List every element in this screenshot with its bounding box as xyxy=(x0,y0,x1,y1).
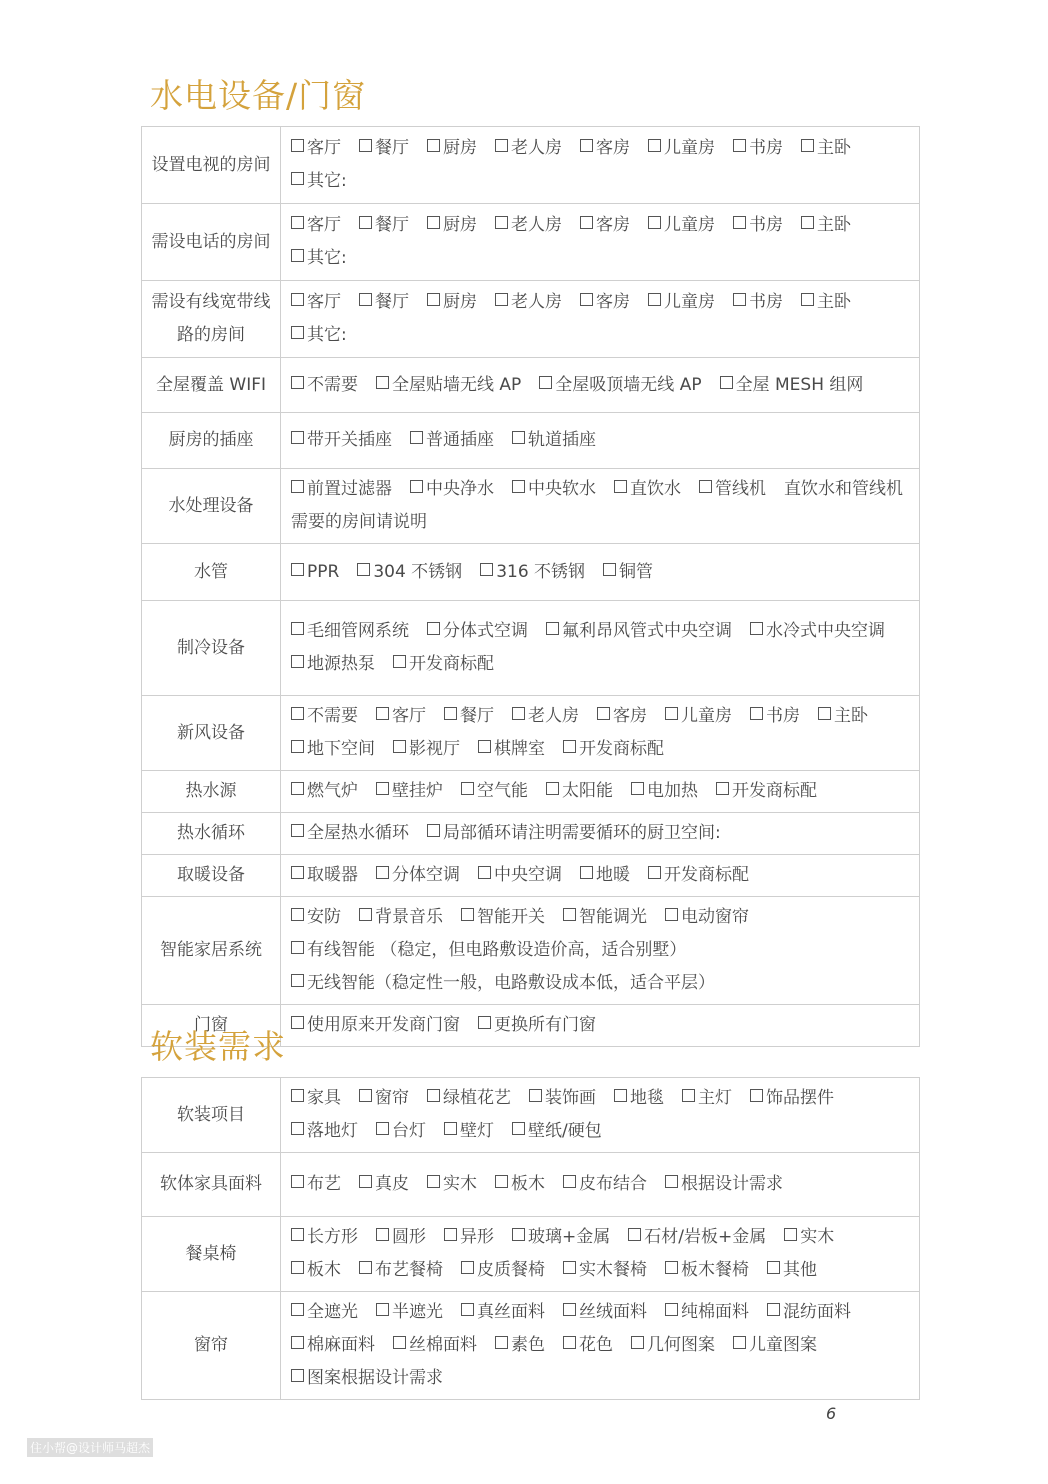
checkbox-icon[interactable] xyxy=(291,139,304,152)
checkbox-icon[interactable] xyxy=(291,480,304,493)
checkbox-icon[interactable] xyxy=(750,1089,763,1102)
checkbox-option[interactable]: 智能调光 xyxy=(563,901,647,934)
checkbox-icon[interactable] xyxy=(665,1303,678,1316)
checkbox-icon[interactable] xyxy=(461,1261,474,1274)
checkbox-option[interactable]: 老人房 xyxy=(495,286,562,319)
checkbox-icon[interactable] xyxy=(767,1261,780,1274)
checkbox-option[interactable]: 太阳能 xyxy=(546,775,613,808)
checkbox-icon[interactable] xyxy=(733,216,746,229)
row-label: 餐桌椅 xyxy=(142,1217,281,1292)
checkbox-option[interactable]: 地毯 xyxy=(614,1082,664,1115)
checkbox-icon[interactable] xyxy=(291,655,304,668)
checkbox-icon[interactable] xyxy=(614,1089,627,1102)
checkbox-option[interactable]: 主卧 xyxy=(801,132,851,165)
checkbox-option[interactable]: 分体空调 xyxy=(376,859,460,892)
option-label: 客厅 xyxy=(392,706,426,726)
checkbox-option[interactable]: 客房 xyxy=(597,700,647,733)
option-label: 局部循环请注明需要循环的厨卫空间: xyxy=(443,823,721,843)
option-line: 有线智能 （稳定，但电路敷设造价高，适合别墅） xyxy=(291,934,911,967)
option-label: 不需要 xyxy=(307,706,358,726)
checkbox-icon[interactable] xyxy=(580,139,593,152)
option-label: 饰品摆件 xyxy=(766,1088,834,1108)
checkbox-icon[interactable] xyxy=(291,1122,304,1135)
checkbox-option[interactable]: 分体式空调 xyxy=(427,615,528,648)
option-label: 纯棉面料 xyxy=(681,1302,749,1322)
checkbox-option[interactable]: 书房 xyxy=(733,209,783,242)
checkbox-icon[interactable] xyxy=(359,1261,372,1274)
checkbox-icon[interactable] xyxy=(427,139,440,152)
checkbox-icon[interactable] xyxy=(563,740,576,753)
checkbox-option[interactable]: 台灯 xyxy=(376,1115,426,1148)
checkbox-option[interactable]: 花色 xyxy=(563,1329,613,1362)
checkbox-option[interactable]: 带开关插座 xyxy=(291,424,392,457)
checkbox-icon[interactable] xyxy=(563,908,576,921)
checkbox-option[interactable]: 根据设计需求 xyxy=(665,1168,783,1201)
checkbox-option[interactable]: 中央软水 xyxy=(512,473,596,506)
checkbox-option[interactable]: 全屋热水循环 xyxy=(291,817,409,850)
table-row: 水管PPR304 不锈钢316 不锈钢铜管 xyxy=(142,544,920,601)
checkbox-option[interactable]: 壁纸/硬包 xyxy=(512,1115,602,1148)
checkbox-icon[interactable] xyxy=(648,139,661,152)
checkbox-icon[interactable] xyxy=(648,216,661,229)
checkbox-icon[interactable] xyxy=(359,1175,372,1188)
checkbox-option[interactable]: 其他 xyxy=(767,1254,817,1287)
checkbox-icon[interactable] xyxy=(648,293,661,306)
checkbox-icon[interactable] xyxy=(631,782,644,795)
checkbox-icon[interactable] xyxy=(291,1303,304,1316)
checkbox-option[interactable]: 家具 xyxy=(291,1082,341,1115)
checkbox-option[interactable]: 燃气炉 xyxy=(291,775,358,808)
checkbox-icon[interactable] xyxy=(291,782,304,795)
checkbox-option[interactable]: 丝棉面料 xyxy=(393,1329,477,1362)
checkbox-option[interactable]: 普通插座 xyxy=(410,424,494,457)
checkbox-icon[interactable] xyxy=(427,1175,440,1188)
checkbox-option[interactable]: 皮质餐椅 xyxy=(461,1254,545,1287)
checkbox-option[interactable]: 客房 xyxy=(580,132,630,165)
checkbox-option[interactable]: 儿童房 xyxy=(648,209,715,242)
checkbox-option[interactable]: 几何图案 xyxy=(631,1329,715,1362)
checkbox-icon[interactable] xyxy=(665,1175,678,1188)
checkbox-icon[interactable] xyxy=(291,974,304,987)
option-line: 取暖器分体空调中央空调地暖开发商标配 xyxy=(291,859,911,892)
checkbox-option[interactable]: 全遮光 xyxy=(291,1296,358,1329)
checkbox-option[interactable]: 影视厅 xyxy=(393,733,460,766)
checkbox-icon[interactable] xyxy=(291,1016,304,1029)
checkbox-option[interactable]: 素色 xyxy=(495,1329,545,1362)
checkbox-option[interactable]: 316 不锈钢 xyxy=(480,556,585,589)
checkbox-icon[interactable] xyxy=(818,707,831,720)
checkbox-option[interactable]: 儿童图案 xyxy=(733,1329,817,1362)
checkbox-option[interactable]: 水冷式中央空调 xyxy=(750,615,885,648)
checkbox-option[interactable]: 窗帘 xyxy=(359,1082,409,1115)
option-label: 客厅 xyxy=(307,138,341,158)
checkbox-icon[interactable] xyxy=(410,431,423,444)
checkbox-icon[interactable] xyxy=(665,908,678,921)
checkbox-icon[interactable] xyxy=(563,1175,576,1188)
checkbox-icon[interactable] xyxy=(359,293,372,306)
checkbox-option[interactable]: 皮布结合 xyxy=(563,1168,647,1201)
checkbox-option[interactable]: 壁灯 xyxy=(444,1115,494,1148)
checkbox-icon[interactable] xyxy=(563,1336,576,1349)
checkbox-option[interactable]: 长方形 xyxy=(291,1221,358,1254)
checkbox-icon[interactable] xyxy=(563,1261,576,1274)
checkbox-option[interactable]: 智能开关 xyxy=(461,901,545,934)
row-options: 客厅餐厅厨房老人房客房儿童房书房主卧其它: xyxy=(281,204,920,281)
option-label: 石材/岩板+金属 xyxy=(644,1227,766,1247)
table-row: 设置电视的房间客厅餐厅厨房老人房客房儿童房书房主卧其它: xyxy=(142,127,920,204)
checkbox-icon[interactable] xyxy=(291,249,304,262)
checkbox-icon[interactable] xyxy=(393,1336,406,1349)
checkbox-option[interactable]: 板木 xyxy=(291,1254,341,1287)
checkbox-icon[interactable] xyxy=(478,866,491,879)
checkbox-icon[interactable] xyxy=(801,139,814,152)
checkbox-icon[interactable] xyxy=(720,376,733,389)
checkbox-icon[interactable] xyxy=(359,139,372,152)
checkbox-icon[interactable] xyxy=(597,707,610,720)
checkbox-icon[interactable] xyxy=(801,293,814,306)
checkbox-icon[interactable] xyxy=(291,1369,304,1382)
checkbox-icon[interactable] xyxy=(495,139,508,152)
option-line: 布艺真皮实木板木皮布结合根据设计需求 xyxy=(291,1168,911,1201)
checkbox-option[interactable]: 背景音乐 xyxy=(359,901,443,934)
checkbox-icon[interactable] xyxy=(665,1261,678,1274)
checkbox-option[interactable]: 图案根据设计需求 xyxy=(291,1362,443,1395)
checkbox-icon[interactable] xyxy=(359,216,372,229)
checkbox-icon[interactable] xyxy=(444,1122,457,1135)
checkbox-option[interactable]: 丝绒面料 xyxy=(563,1296,647,1329)
checkbox-option[interactable]: 其它: xyxy=(291,242,347,275)
checkbox-icon[interactable] xyxy=(767,1303,780,1316)
checkbox-option[interactable]: 老人房 xyxy=(512,700,579,733)
option-label: 书房 xyxy=(749,292,783,312)
option-label: 儿童房 xyxy=(681,706,732,726)
option-label: 落地灯 xyxy=(307,1121,358,1141)
checkbox-icon[interactable] xyxy=(512,431,525,444)
checkbox-icon[interactable] xyxy=(478,1016,491,1029)
checkbox-icon[interactable] xyxy=(603,563,616,576)
checkbox-option[interactable]: 书房 xyxy=(750,700,800,733)
checkbox-icon[interactable] xyxy=(427,216,440,229)
checkbox-icon[interactable] xyxy=(784,1228,797,1241)
checkbox-icon[interactable] xyxy=(427,1089,440,1102)
checkbox-icon[interactable] xyxy=(291,172,304,185)
checkbox-option[interactable]: 儿童房 xyxy=(665,700,732,733)
checkbox-option[interactable]: 其它: xyxy=(291,165,347,198)
checkbox-option[interactable]: 开发商标配 xyxy=(716,775,817,808)
checkbox-option[interactable]: 棉麻面料 xyxy=(291,1329,375,1362)
checkbox-option[interactable]: 儿童房 xyxy=(648,132,715,165)
option-label: 老人房 xyxy=(511,292,562,312)
checkbox-option[interactable]: 餐厅 xyxy=(444,700,494,733)
option-label: 中央空调 xyxy=(494,865,562,885)
checkbox-option[interactable]: 局部循环请注明需要循环的厨卫空间: xyxy=(427,817,721,850)
checkbox-option[interactable]: 板木 xyxy=(495,1168,545,1201)
table-row: 水处理设备前置过滤器中央净水中央软水直饮水管线机直饮水和管线机需要的房间请说明 xyxy=(142,469,920,544)
checkbox-icon[interactable] xyxy=(733,293,746,306)
row-options: 布艺真皮实木板木皮布结合根据设计需求 xyxy=(281,1153,920,1217)
checkbox-icon[interactable] xyxy=(480,563,493,576)
checkbox-option[interactable]: 全屋吸顶墙无线 AP xyxy=(539,369,701,402)
checkbox-option[interactable]: 304 不锈钢 xyxy=(357,556,462,589)
checkbox-icon[interactable] xyxy=(291,1089,304,1102)
row-options: 取暖器分体空调中央空调地暖开发商标配 xyxy=(281,855,920,897)
checkbox-icon[interactable] xyxy=(716,782,729,795)
option-label: PPR xyxy=(307,562,339,582)
row-label: 全屋覆盖 WIFI xyxy=(142,358,281,413)
checkbox-option[interactable]: 全屋贴墙无线 AP xyxy=(376,369,521,402)
checkbox-option[interactable]: 不需要 xyxy=(291,700,358,733)
checkbox-icon[interactable] xyxy=(291,431,304,444)
checkbox-icon[interactable] xyxy=(376,376,389,389)
checkbox-icon[interactable] xyxy=(580,216,593,229)
checkbox-icon[interactable] xyxy=(291,707,304,720)
checkbox-option[interactable]: 更换所有门窗 xyxy=(478,1009,596,1042)
checkbox-icon[interactable] xyxy=(427,824,440,837)
option-label: 使用原来开发商门窗 xyxy=(307,1015,460,1035)
checkbox-option[interactable]: 中央空调 xyxy=(478,859,562,892)
checkbox-option[interactable]: 开发商标配 xyxy=(563,733,664,766)
checkbox-icon[interactable] xyxy=(478,740,491,753)
checkbox-option[interactable]: 圆形 xyxy=(376,1221,426,1254)
checkbox-icon[interactable] xyxy=(750,622,763,635)
checkbox-option[interactable]: 客房 xyxy=(580,209,630,242)
checkbox-icon[interactable] xyxy=(357,563,370,576)
checkbox-icon[interactable] xyxy=(291,326,304,339)
checkbox-option[interactable]: 真皮 xyxy=(359,1168,409,1201)
checkbox-icon[interactable] xyxy=(546,622,559,635)
option-label: 儿童图案 xyxy=(749,1335,817,1355)
option-label: 主卧 xyxy=(817,138,851,158)
checkbox-icon[interactable] xyxy=(291,376,304,389)
checkbox-option[interactable]: 客厅 xyxy=(291,209,341,242)
checkbox-option[interactable]: 管线机 xyxy=(699,473,766,506)
checkbox-icon[interactable] xyxy=(539,376,552,389)
checkbox-option[interactable]: 其它: xyxy=(291,319,347,352)
checkbox-option[interactable]: 书房 xyxy=(733,286,783,319)
checkbox-option[interactable]: 棋牌室 xyxy=(478,733,545,766)
section-title-utilities: 水电设备/门窗 xyxy=(150,70,366,117)
option-label: 绿植花艺 xyxy=(443,1088,511,1108)
checkbox-icon[interactable] xyxy=(376,1303,389,1316)
option-label: 主卧 xyxy=(834,706,868,726)
checkbox-option[interactable]: 使用原来开发商门窗 xyxy=(291,1009,460,1042)
checkbox-option[interactable]: 开发商标配 xyxy=(648,859,749,892)
checkbox-option[interactable]: 有线智能 （稳定，但电路敷设造价高，适合别墅） xyxy=(291,934,686,967)
table-row: 软体家具面料布艺真皮实木板木皮布结合根据设计需求 xyxy=(142,1153,920,1217)
checkbox-option[interactable]: 老人房 xyxy=(495,132,562,165)
checkbox-icon[interactable] xyxy=(291,908,304,921)
checkbox-option[interactable]: 地源热泵 xyxy=(291,648,375,681)
checkbox-option[interactable]: 主卧 xyxy=(801,209,851,242)
checkbox-option[interactable]: 老人房 xyxy=(495,209,562,242)
checkbox-option[interactable]: 无线智能（稳定性一般，电路敷设成本低，适合平层） xyxy=(291,967,715,1000)
checkbox-icon[interactable] xyxy=(291,563,304,576)
checkbox-icon[interactable] xyxy=(495,1336,508,1349)
option-label: 素色 xyxy=(511,1335,545,1355)
checkbox-option[interactable]: 纯棉面料 xyxy=(665,1296,749,1329)
checkbox-icon[interactable] xyxy=(291,866,304,879)
checkbox-icon[interactable] xyxy=(291,941,304,954)
checkbox-icon[interactable] xyxy=(512,1122,525,1135)
checkbox-option[interactable]: 半遮光 xyxy=(376,1296,443,1329)
checkbox-option[interactable]: 全屋 MESH 组网 xyxy=(720,369,864,402)
checkbox-option[interactable]: 客房 xyxy=(580,286,630,319)
checkbox-icon[interactable] xyxy=(291,216,304,229)
checkbox-icon[interactable] xyxy=(376,1122,389,1135)
checkbox-option[interactable]: 餐厅 xyxy=(359,286,409,319)
checkbox-icon[interactable] xyxy=(291,1261,304,1274)
option-line: 落地灯台灯壁灯壁纸/硬包 xyxy=(291,1115,911,1148)
option-label: 丝绒面料 xyxy=(579,1302,647,1322)
checkbox-option[interactable]: 毛细管网系统 xyxy=(291,615,409,648)
checkbox-icon[interactable] xyxy=(580,866,593,879)
checkbox-icon[interactable] xyxy=(444,707,457,720)
table-row: 软装项目家具窗帘绿植花艺装饰画地毯主灯饰品摆件落地灯台灯壁灯壁纸/硬包 xyxy=(142,1078,920,1153)
checkbox-icon[interactable] xyxy=(733,139,746,152)
option-label: 客房 xyxy=(596,138,630,158)
checkbox-option[interactable]: 铜管 xyxy=(603,556,653,589)
checkbox-icon[interactable] xyxy=(546,782,559,795)
checkbox-icon[interactable] xyxy=(427,293,440,306)
table-row: 智能家居系统安防背景音乐智能开关智能调光电动窗帘有线智能 （稳定，但电路敷设造价… xyxy=(142,897,920,1005)
option-label: 其它: xyxy=(307,325,347,345)
checkbox-icon[interactable] xyxy=(444,1228,457,1241)
checkbox-option[interactable]: 厨房 xyxy=(427,209,477,242)
checkbox-icon[interactable] xyxy=(801,216,814,229)
checkbox-icon[interactable] xyxy=(631,1336,644,1349)
checkbox-option[interactable]: 实木 xyxy=(427,1168,477,1201)
checkbox-icon[interactable] xyxy=(682,1089,695,1102)
option-label: 全屋贴墙无线 AP xyxy=(392,375,521,395)
checkbox-option[interactable]: 实木 xyxy=(784,1221,834,1254)
checkbox-option[interactable]: 中央净水 xyxy=(410,473,494,506)
checkbox-icon[interactable] xyxy=(393,740,406,753)
checkbox-option[interactable]: 饰品摆件 xyxy=(750,1082,834,1115)
checkbox-option[interactable]: 取暖器 xyxy=(291,859,358,892)
checkbox-icon[interactable] xyxy=(495,1175,508,1188)
checkbox-option[interactable]: 餐厅 xyxy=(359,132,409,165)
checkbox-icon[interactable] xyxy=(359,908,372,921)
checkbox-icon[interactable] xyxy=(376,866,389,879)
checkbox-icon[interactable] xyxy=(291,1336,304,1349)
checkbox-icon[interactable] xyxy=(291,293,304,306)
checkbox-option[interactable]: 不需要 xyxy=(291,369,358,402)
checkbox-icon[interactable] xyxy=(376,782,389,795)
checkbox-option[interactable]: 安防 xyxy=(291,901,341,934)
checkbox-option[interactable]: 电加热 xyxy=(631,775,698,808)
option-label: 管线机 xyxy=(715,479,766,499)
checkbox-icon[interactable] xyxy=(461,1303,474,1316)
checkbox-option[interactable]: 地暖 xyxy=(580,859,630,892)
checkbox-icon[interactable] xyxy=(393,655,406,668)
checkbox-option[interactable]: 餐厅 xyxy=(359,209,409,242)
checkbox-icon[interactable] xyxy=(512,707,525,720)
checkbox-option[interactable]: 开发商标配 xyxy=(393,648,494,681)
checkbox-icon[interactable] xyxy=(461,908,474,921)
checkbox-option[interactable]: 厨房 xyxy=(427,286,477,319)
option-label: 布艺 xyxy=(307,1174,341,1194)
checkbox-icon[interactable] xyxy=(563,1303,576,1316)
checkbox-option[interactable]: 厨房 xyxy=(427,132,477,165)
checkbox-icon[interactable] xyxy=(614,480,627,493)
checkbox-option[interactable]: 客厅 xyxy=(291,132,341,165)
checkbox-icon[interactable] xyxy=(512,1228,525,1241)
checkbox-icon[interactable] xyxy=(291,622,304,635)
option-label: 中央软水 xyxy=(528,479,596,499)
checkbox-option[interactable]: 主灯 xyxy=(682,1082,732,1115)
checkbox-icon[interactable] xyxy=(291,824,304,837)
checkbox-icon[interactable] xyxy=(376,1228,389,1241)
checkbox-option[interactable]: 落地灯 xyxy=(291,1115,358,1148)
checkbox-icon[interactable] xyxy=(750,707,763,720)
checkbox-option[interactable]: 地下空间 xyxy=(291,733,375,766)
checkbox-option[interactable]: 壁挂炉 xyxy=(376,775,443,808)
checkbox-option[interactable]: 电动窗帘 xyxy=(665,901,749,934)
option-line: 带开关插座普通插座轨道插座 xyxy=(291,424,911,457)
checkbox-option[interactable]: 客厅 xyxy=(291,286,341,319)
checkbox-option[interactable]: 前置过滤器 xyxy=(291,473,392,506)
checkbox-icon[interactable] xyxy=(291,1228,304,1241)
checkbox-option[interactable]: 真丝面料 xyxy=(461,1296,545,1329)
row-label: 制冷设备 xyxy=(142,601,281,696)
checkbox-option[interactable]: 布艺餐椅 xyxy=(359,1254,443,1287)
checkbox-option[interactable]: PPR xyxy=(291,556,339,589)
checkbox-option[interactable]: 玻璃+金属 xyxy=(512,1221,610,1254)
row-options: 前置过滤器中央净水中央软水直饮水管线机直饮水和管线机需要的房间请说明 xyxy=(281,469,920,544)
checkbox-icon[interactable] xyxy=(628,1228,641,1241)
checkbox-option[interactable]: 实木餐椅 xyxy=(563,1254,647,1287)
checkbox-icon[interactable] xyxy=(376,707,389,720)
checkbox-option[interactable]: 装饰画 xyxy=(529,1082,596,1115)
checkbox-icon[interactable] xyxy=(427,622,440,635)
option-label: 客厅 xyxy=(307,292,341,312)
checkbox-option[interactable]: 石材/岩板+金属 xyxy=(628,1221,766,1254)
checkbox-option[interactable]: 空气能 xyxy=(461,775,528,808)
checkbox-option[interactable]: 轨道插座 xyxy=(512,424,596,457)
option-line: 燃气炉壁挂炉空气能太阳能电加热开发商标配 xyxy=(291,775,911,808)
checkbox-option[interactable]: 书房 xyxy=(733,132,783,165)
checkbox-icon[interactable] xyxy=(699,480,712,493)
checkbox-icon[interactable] xyxy=(291,740,304,753)
checkbox-icon[interactable] xyxy=(580,293,593,306)
checkbox-option[interactable]: 儿童房 xyxy=(648,286,715,319)
checkbox-option[interactable]: 板木餐椅 xyxy=(665,1254,749,1287)
checkbox-option[interactable]: 氟利昂风管式中央空调 xyxy=(546,615,732,648)
checkbox-option[interactable]: 主卧 xyxy=(801,286,851,319)
checkbox-icon[interactable] xyxy=(733,1336,746,1349)
checkbox-icon[interactable] xyxy=(512,480,525,493)
checkbox-option[interactable]: 客厅 xyxy=(376,700,426,733)
checkbox-icon[interactable] xyxy=(495,216,508,229)
checkbox-option[interactable]: 混纺面料 xyxy=(767,1296,851,1329)
option-label: 板木餐椅 xyxy=(681,1260,749,1280)
checkbox-option[interactable]: 绿植花艺 xyxy=(427,1082,511,1115)
checkbox-option[interactable]: 异形 xyxy=(444,1221,494,1254)
checkbox-icon[interactable] xyxy=(461,782,474,795)
option-line: 地下空间影视厅棋牌室开发商标配 xyxy=(291,733,911,766)
option-label: 板木 xyxy=(511,1174,545,1194)
checkbox-icon[interactable] xyxy=(665,707,678,720)
checkbox-option[interactable]: 直饮水 xyxy=(614,473,681,506)
checkbox-option[interactable]: 主卧 xyxy=(818,700,868,733)
checkbox-icon[interactable] xyxy=(291,1175,304,1188)
checkbox-icon[interactable] xyxy=(359,1089,372,1102)
checkbox-icon[interactable] xyxy=(495,293,508,306)
checkbox-icon[interactable] xyxy=(529,1089,542,1102)
checkbox-icon[interactable] xyxy=(648,866,661,879)
checkbox-option[interactable]: 布艺 xyxy=(291,1168,341,1201)
checkbox-icon[interactable] xyxy=(410,480,423,493)
